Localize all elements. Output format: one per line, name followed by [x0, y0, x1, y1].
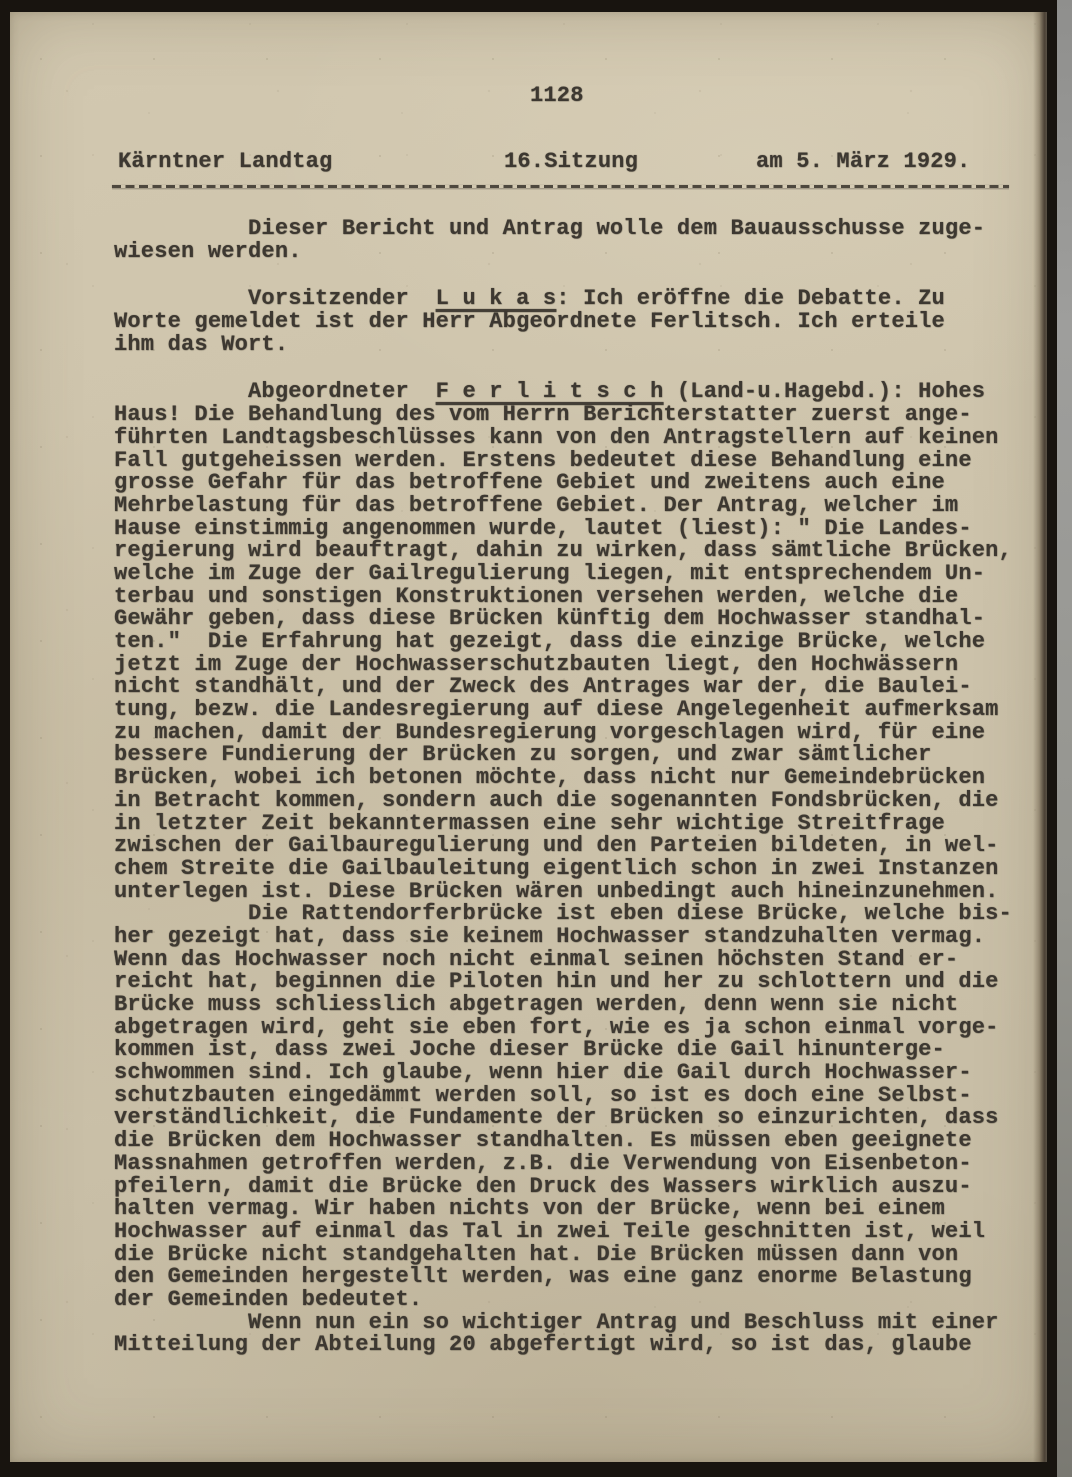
text-line: Gewähr geben, dass diese Brücken künftig…	[114, 608, 1012, 631]
text-line: in Betracht kommen, sondern auch die sog…	[114, 790, 1012, 813]
text-line: reicht hat, beginnen die Piloten hin und…	[114, 971, 1012, 994]
scanned-page: 1128 Kärntner Landtag 16.Sitzung am 5. M…	[0, 0, 1072, 1477]
text-line: Haus! Die Behandlung des vom Herrn Beric…	[114, 404, 1012, 427]
text-line: die Brücken dem Hochwasser standhalten. …	[114, 1130, 1012, 1153]
text-line: bessere Fundierung der Brücken zu sorgen…	[114, 744, 1012, 767]
text-line: Dieser Bericht und Antrag wolle dem Baua…	[114, 218, 1012, 241]
text-line: Brücken, wobei ich betonen möchte, dass …	[114, 767, 1012, 790]
paragraph: Wenn nun ein so wichtiger Antrag und Bes…	[114, 1312, 1012, 1357]
text-line: nicht standhält, und der Zweck des Antra…	[114, 676, 1012, 699]
header-separator	[112, 185, 1009, 188]
page-number: 1128	[530, 83, 584, 108]
text-line: pfeilern, damit die Brücke den Druck des…	[114, 1176, 1012, 1199]
text-line: Vorsitzender L u k a s: Ich eröffne die …	[114, 288, 1012, 311]
paragraph: Die Rattendorferbrücke ist eben diese Br…	[114, 903, 1012, 1311]
text-line: Hause einstimmig angenommen wurde, laute…	[114, 518, 1012, 541]
journal-title: Kärntner Landtag	[118, 149, 332, 174]
text-line: regierung wird beauftragt, dahin zu wirk…	[114, 540, 1012, 563]
text-line: zu machen, damit der Bundesregierung vor…	[114, 722, 1012, 745]
text-line: wiesen werden.	[114, 241, 1012, 264]
text-line: zwischen der Gailbauregulierung und den …	[114, 835, 1012, 858]
text-line: kommen ist, dass zwei Joche dieser Brück…	[114, 1039, 1012, 1062]
paragraph: Dieser Bericht und Antrag wolle dem Baua…	[114, 218, 1012, 263]
page-edge-shadow	[1033, 12, 1047, 1462]
text-line: unterlegen ist. Diese Brücken wären unbe…	[114, 881, 1012, 904]
session-date: am 5. März 1929.	[756, 149, 970, 174]
text-line: jetzt im Zuge der Hochwasserschutzbauten…	[114, 654, 1012, 677]
text-line: den Gemeinden hergestellt werden, was ei…	[114, 1266, 1012, 1289]
text-line: Brücke muss schliesslich abgetragen werd…	[114, 994, 1012, 1017]
text-line: Wenn das Hochwasser noch nicht einmal se…	[114, 949, 1012, 972]
text-line: der Gemeinden bedeutet.	[114, 1289, 1012, 1312]
text-line: Fall gutgeheissen werden. Erstens bedeut…	[114, 450, 1012, 473]
text-line: Die Rattendorferbrücke ist eben diese Br…	[114, 903, 1012, 926]
text-line: Worte gemeldet ist der Herr Abgeordnete …	[114, 311, 1012, 334]
text-line: ihm das Wort.	[114, 334, 1012, 357]
document-body: Dieser Bericht und Antrag wolle dem Baua…	[114, 218, 1012, 1357]
text-line: in letzter Zeit bekanntermassen eine seh…	[114, 813, 1012, 836]
text-line: chem Streite die Gailbauleitung eigentli…	[114, 858, 1012, 881]
text-line: Massnahmen getroffen werden, z.B. die Ve…	[114, 1153, 1012, 1176]
text-line: führten Landtagsbeschlüsses kann von den…	[114, 427, 1012, 450]
text-line: Mitteilung der Abteilung 20 abgefertigt …	[114, 1334, 1012, 1357]
text-line: die Brücke nicht standgehalten hat. Die …	[114, 1244, 1012, 1267]
text-line: Wenn nun ein so wichtiger Antrag und Bes…	[114, 1312, 1012, 1335]
text-line: Hochwasser auf einmal das Tal in zwei Te…	[114, 1221, 1012, 1244]
text-line: schutzbauten eingedämmt werden soll, so …	[114, 1085, 1012, 1108]
text-line: terbau und sonstigen Konstruktionen vers…	[114, 586, 1012, 609]
text-line: tung, bezw. die Landesregierung auf dies…	[114, 699, 1012, 722]
text-line: schwommen sind. Ich glaube, wenn hier di…	[114, 1062, 1012, 1085]
text-line: her gezeigt hat, dass sie keinem Hochwas…	[114, 926, 1012, 949]
document-page: 1128 Kärntner Landtag 16.Sitzung am 5. M…	[10, 12, 1047, 1462]
text-line: halten vermag. Wir haben nichts von der …	[114, 1198, 1012, 1221]
text-line: Abgeordneter F e r l i t s c h (Land-u.H…	[114, 381, 1012, 404]
text-line: abgetragen wird, geht sie eben fort, wie…	[114, 1017, 1012, 1040]
paragraph: Abgeordneter F e r l i t s c h (Land-u.H…	[114, 381, 1012, 903]
paragraph: Vorsitzender L u k a s: Ich eröffne die …	[114, 288, 1012, 356]
text-line: Mehrbelastung für das betroffene Gebiet.…	[114, 495, 1012, 518]
text-line: grosse Gefahr für das betroffene Gebiet …	[114, 472, 1012, 495]
text-line: ten." Die Erfahrung hat gezeigt, dass di…	[114, 631, 1012, 654]
text-line: verständlichkeit, die Fundamente der Brü…	[114, 1107, 1012, 1130]
text-line: welche im Zuge der Gailregulierung liege…	[114, 563, 1012, 586]
scan-edge-right	[1057, 0, 1072, 1477]
session-number: 16.Sitzung	[504, 149, 638, 174]
